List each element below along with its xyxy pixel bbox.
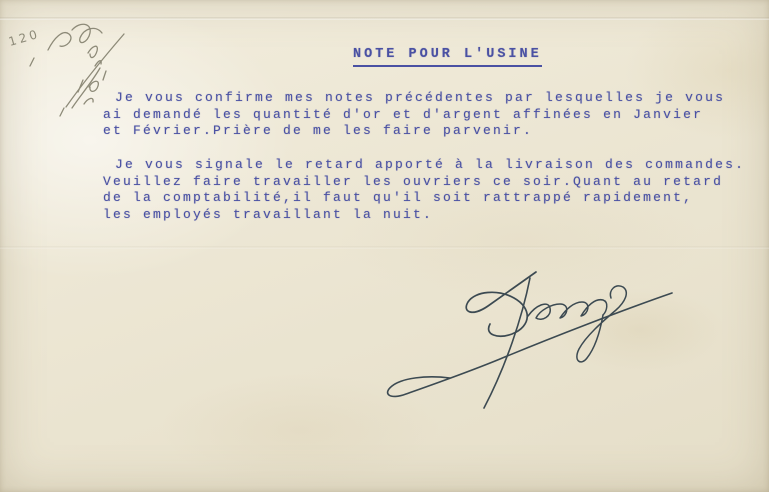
document-title: NOTE POUR L'USINE <box>353 47 542 67</box>
paragraph-2-line-3: de la comptabilité,il faut qu'il soit ra… <box>103 190 745 207</box>
paragraph-2-line-1: Je vous signale le retard apporté à la l… <box>103 157 745 174</box>
paper-crease-top <box>0 17 769 20</box>
document-page: 120 NOTE POUR L'USINE Je vous confirme m… <box>0 0 769 492</box>
paragraph-2-line-4: les employés travaillant la nuit. <box>103 207 745 224</box>
pencil-annotation-number: 120 <box>7 27 42 49</box>
paragraph-2: Je vous signale le retard apporté à la l… <box>103 157 745 223</box>
paragraph-1-line-3: et Février.Prière de me les faire parven… <box>103 123 725 140</box>
paper-crease-middle <box>0 246 769 249</box>
paragraph-1-line-2: ai demandé les quantité d'or et d'argent… <box>103 107 725 124</box>
paragraph-2-line-2: Veuillez faire travailler les ouvriers c… <box>103 174 745 191</box>
paragraph-1: Je vous confirme mes notes précédentes p… <box>103 90 725 140</box>
paragraph-1-line-1: Je vous confirme mes notes précédentes p… <box>103 90 725 107</box>
handwritten-signature <box>378 260 708 420</box>
